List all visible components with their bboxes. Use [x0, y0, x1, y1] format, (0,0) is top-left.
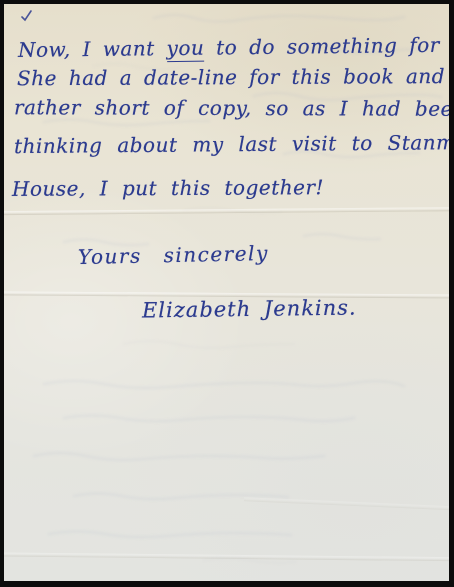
letter-line-1: Now, I want you to do something for me!: [18, 34, 449, 60]
ink-tick-mark: [21, 10, 33, 22]
letter-signature: Elizabeth Jenkins.: [142, 298, 357, 322]
letter-line-5: House, I put this together!: [12, 177, 324, 199]
wrinkle-lower-right: [244, 497, 449, 511]
line1-segment: to do something for: [204, 33, 449, 60]
letter-paper: Now, I want you to do something for me! …: [4, 4, 449, 581]
letter-line-4: thinking about my last visit to Stanmore: [14, 132, 449, 156]
line1-underlined-you: you: [166, 36, 204, 62]
fold-crease-upper: [4, 207, 449, 215]
letter-scan-frame: Now, I want you to do something for me! …: [0, 0, 454, 587]
letter-line-3: rather short of copy, so as I had been: [14, 97, 449, 119]
fold-crease-bottom: [4, 552, 449, 561]
letter-closing: Yours sincerely: [78, 243, 269, 267]
line1-segment: Now, I want: [18, 36, 167, 62]
letter-line-2: She had a date-line for this book and wa…: [17, 66, 449, 89]
